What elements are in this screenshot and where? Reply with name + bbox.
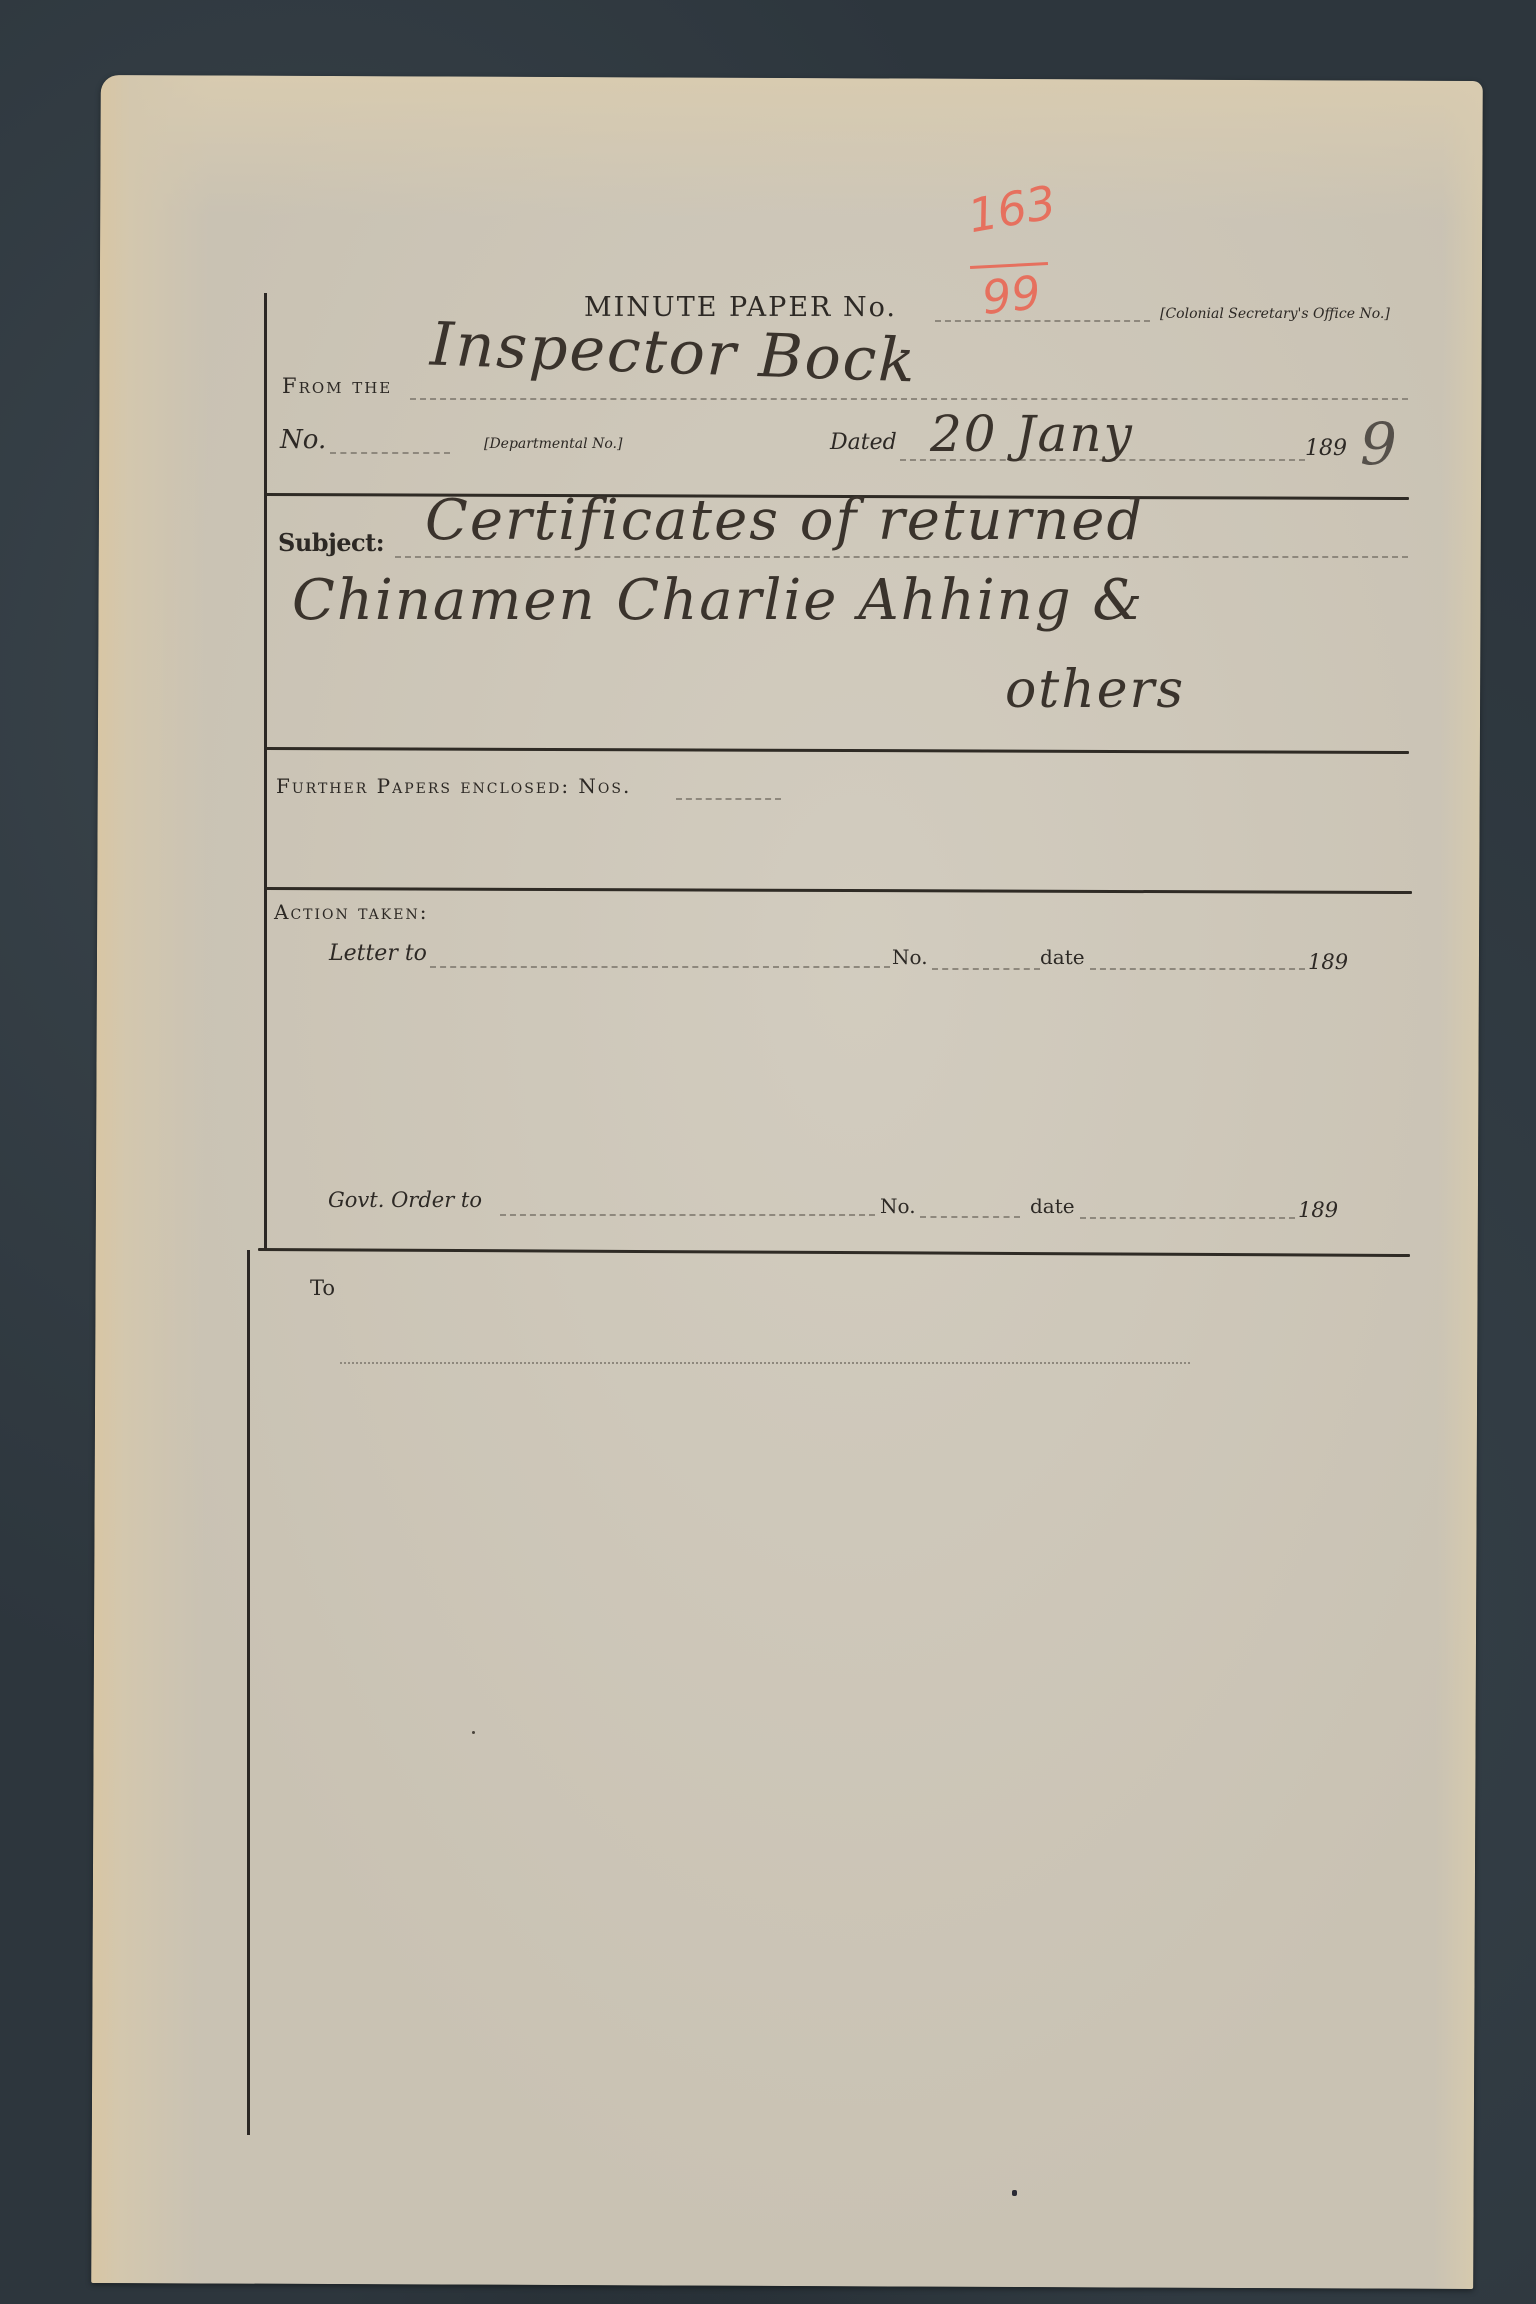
dated-label: Dated [830, 430, 897, 455]
to-field[interactable] [340, 1362, 1190, 1364]
subject-line-2: Chinamen Charlie Ahhing & [292, 568, 1144, 633]
letter-to-field[interactable] [430, 966, 890, 968]
from-label: From the [282, 374, 392, 398]
departmental-no-field[interactable] [330, 452, 450, 454]
further-papers-label: Further Papers enclosed: Nos. [276, 774, 631, 798]
letter-year-prefix: 189 [1308, 950, 1348, 974]
govt-order-field[interactable] [500, 1214, 875, 1216]
subject-label: Subject: [278, 528, 384, 557]
from-field[interactable] [410, 398, 1408, 400]
dated-value: 20 Jany [930, 405, 1134, 463]
minute-number-annotation: 163 99 [960, 182, 1090, 332]
letter-date-label: date [1040, 945, 1085, 969]
minute-number-denominator: 99 [979, 265, 1043, 325]
subject-line-3: others [1005, 660, 1185, 720]
subject-line-1: Certificates of returned [425, 488, 1144, 553]
dated-year-prefix: 189 [1305, 436, 1347, 461]
minute-paper-number-field[interactable] [935, 320, 1150, 322]
govt-order-year-prefix: 189 [1298, 1198, 1338, 1222]
left-margin-rule [264, 293, 267, 1250]
further-papers-field[interactable] [676, 798, 781, 800]
minute-paper-sheet [91, 75, 1483, 2289]
departmental-no-label: No. [280, 425, 326, 455]
govt-order-date-label: date [1030, 1194, 1075, 1218]
letter-no-label: No. [892, 945, 928, 969]
letter-no-field[interactable] [932, 968, 1040, 970]
govt-order-label: Govt. Order to [328, 1188, 482, 1212]
subject-field[interactable] [395, 556, 1408, 558]
left-margin-rule-lower [247, 1250, 250, 2135]
action-taken-label: Action taken: [274, 900, 428, 924]
letter-date-field[interactable] [1090, 968, 1305, 970]
govt-order-date-field[interactable] [1080, 1217, 1295, 1219]
ink-speck [1012, 2190, 1017, 2196]
colonial-office-note: [Colonial Secretary's Office No.] [1160, 306, 1390, 322]
dated-year-suffix: 9 [1360, 410, 1399, 478]
ink-speck [472, 1731, 475, 1734]
govt-order-no-field[interactable] [920, 1216, 1020, 1218]
departmental-note: [Departmental No.] [484, 436, 622, 452]
letter-to-label: Letter to [329, 941, 427, 966]
govt-order-no-label: No. [880, 1194, 916, 1218]
minute-number-numerator: 163 [964, 175, 1060, 243]
to-label: To [310, 1276, 335, 1300]
